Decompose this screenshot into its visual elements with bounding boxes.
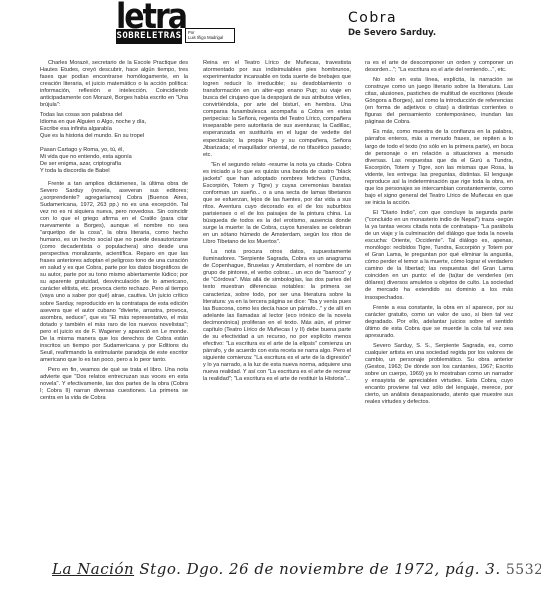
byline-box: Por Luis Iñigo Madrigal xyxy=(185,28,235,43)
paragraph: La nota procura otros datos, supuestamen… xyxy=(203,249,351,383)
paragraph: Es más, como muestra de la confianza en … xyxy=(365,129,513,207)
paragraph: ra es el arte de descomponer un orden y … xyxy=(365,60,513,74)
article-header: Cobra De Severo Sarduy. xyxy=(340,10,436,38)
handwritten-source: La Nación xyxy=(52,560,134,578)
paragraph: Reina en el Teatro Lírico de Muñecas, tr… xyxy=(203,60,351,159)
masthead-logo: letra SOBRELETRAS Por Luis Iñigo Madriga… xyxy=(116,4,246,46)
byline-author: Luis Iñigo Madrigal xyxy=(188,35,232,40)
paragraph: "En el segundo relato -resume la nota ya… xyxy=(203,162,351,247)
text-column-2: Reina en el Teatro Lírico de Muñecas, tr… xyxy=(203,60,351,386)
poem-stanza: Pasan Cartago y Roma, yo, tú, él, Mi vid… xyxy=(40,147,188,175)
logo-section-bar: SOBRELETRAS xyxy=(116,29,182,44)
paragraph: Frente a tan amplios dictámenes, la últi… xyxy=(40,181,188,364)
handwritten-date: Stgo. Dgo. 26 de noviembre de 1972, pág.… xyxy=(134,560,500,578)
poem-stanza: Todas las cosas son palabras del Idioma … xyxy=(40,112,188,140)
article-subtitle: De Severo Sarduy. xyxy=(348,28,436,38)
paragraph: Frente a esa constante, la obra en sí ap… xyxy=(365,305,513,340)
handwritten-citation: La Nación Stgo. Dgo. 26 de noviembre de … xyxy=(52,560,512,578)
handwritten-catalog-number: 5532 xyxy=(506,562,541,578)
article-title: Cobra xyxy=(348,10,436,26)
paragraph: No sólo en esta línea, explícita, la nar… xyxy=(365,77,513,126)
text-column-1: Charles Morazé, secretario de la Escole … xyxy=(40,60,188,405)
paragraph: El "Diario Indio", con que concluye la s… xyxy=(365,210,513,302)
text-column-3: ra es el arte de descomponer un orden y … xyxy=(365,60,513,409)
paragraph: Severo Sarduy, S. S., Serpiente Sagrada,… xyxy=(365,343,513,406)
paragraph: Pero en fin, veamos de qué se trata el l… xyxy=(40,367,188,402)
paragraph: Charles Morazé, secretario de la Escole … xyxy=(40,60,188,109)
